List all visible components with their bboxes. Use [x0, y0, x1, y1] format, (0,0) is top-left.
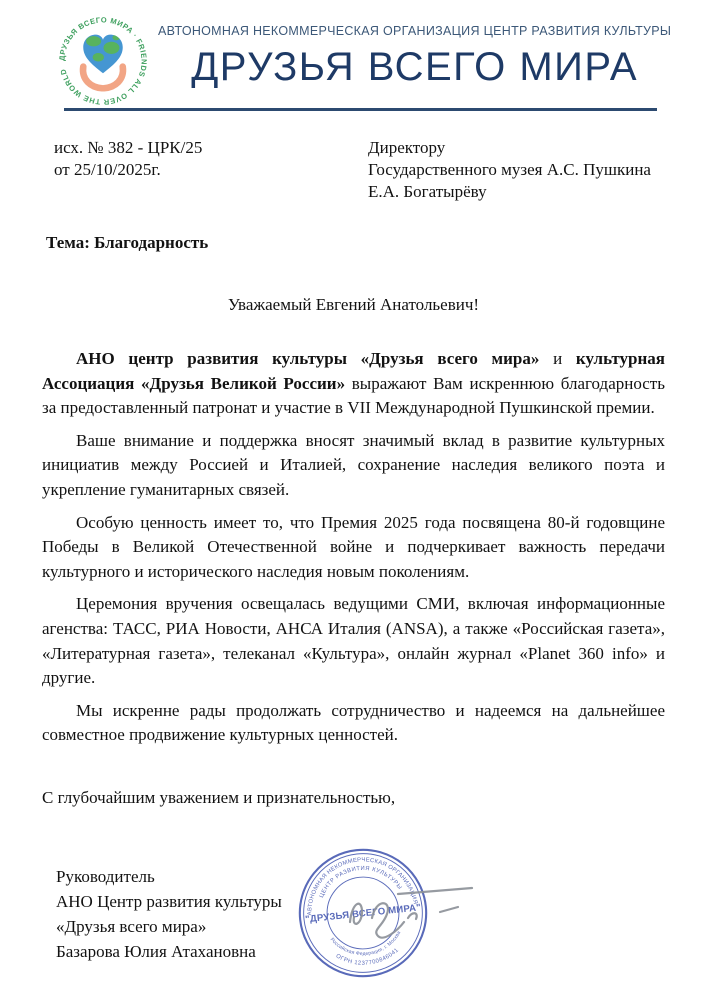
signature-block: Руководитель АНО Центр развития культуры… — [42, 864, 665, 964]
signatory-name: Базарова Юлия Атахановна — [56, 939, 326, 964]
signatory-org-name: «Друзья всего мира» — [56, 914, 326, 939]
paragraph-1: АНО центр развития культуры «Друзья всег… — [42, 347, 665, 421]
header-divider — [64, 108, 657, 111]
addressee-line: Государственного музея А.С. Пушкина — [368, 159, 665, 181]
paragraph-5: Мы искренне рады продолжать сотрудничест… — [42, 699, 665, 748]
letter-body: АНО центр развития культуры «Друзья всег… — [42, 347, 665, 748]
salutation: Уважаемый Евгений Анатольевич! — [42, 295, 665, 315]
letter-page: ДРУЗЬЯ ВСЕГО МИРА · FRIENDS ALL OVER THE… — [0, 0, 707, 1000]
closing-line: С глубочайшим уважением и признательност… — [42, 788, 665, 808]
signatory-title: Руководитель — [56, 864, 326, 889]
paragraph-4: Церемония вручения освещалась ведущими С… — [42, 592, 665, 690]
letterhead-text: АВТОНОМНАЯ НЕКОММЕРЧЕСКАЯ ОРГАНИЗАЦИЯ ЦЕ… — [158, 14, 671, 90]
org-name-line: АВТОНОМНАЯ НЕКОММЕРЧЕСКАЯ ОРГАНИЗАЦИЯ ЦЕ… — [158, 24, 671, 38]
paragraph-2: Ваше внимание и поддержка вносят значимы… — [42, 429, 665, 503]
org-logo-icon: ДРУЗЬЯ ВСЕГО МИРА · FRIENDS ALL OVER THE… — [56, 14, 150, 108]
bold-org-name: АНО центр развития культуры «Друзья всег… — [76, 349, 539, 368]
handwritten-signature — [340, 872, 490, 952]
signatory-details: Руководитель АНО Центр развития культуры… — [56, 864, 326, 964]
signatory-org: АНО Центр развития культуры — [56, 889, 326, 914]
org-title: ДРУЗЬЯ ВСЕГО МИРА — [158, 45, 671, 90]
outgoing-date: от 25/10/2025г. — [54, 159, 368, 181]
outgoing-reference: исх. № 382 - ЦРК/25 от 25/10/2025г. — [54, 137, 368, 203]
addressee-line: Е.А. Богатырёву — [368, 181, 665, 203]
letter-content: исх. № 382 - ЦРК/25 от 25/10/2025г. Дире… — [0, 137, 707, 964]
reference-block: исх. № 382 - ЦРК/25 от 25/10/2025г. Дире… — [54, 137, 665, 203]
letterhead: ДРУЗЬЯ ВСЕГО МИРА · FRIENDS ALL OVER THE… — [0, 0, 707, 108]
outgoing-number: исх. № 382 - ЦРК/25 — [54, 137, 368, 159]
paragraph-3: Особую ценность имеет то, что Премия 202… — [42, 511, 665, 585]
subject-line: Тема: Благодарность — [46, 233, 665, 253]
addressee-line: Директору — [368, 137, 665, 159]
plain-text: и — [539, 349, 576, 368]
addressee-block: Директору Государственного музея А.С. Пу… — [368, 137, 665, 203]
